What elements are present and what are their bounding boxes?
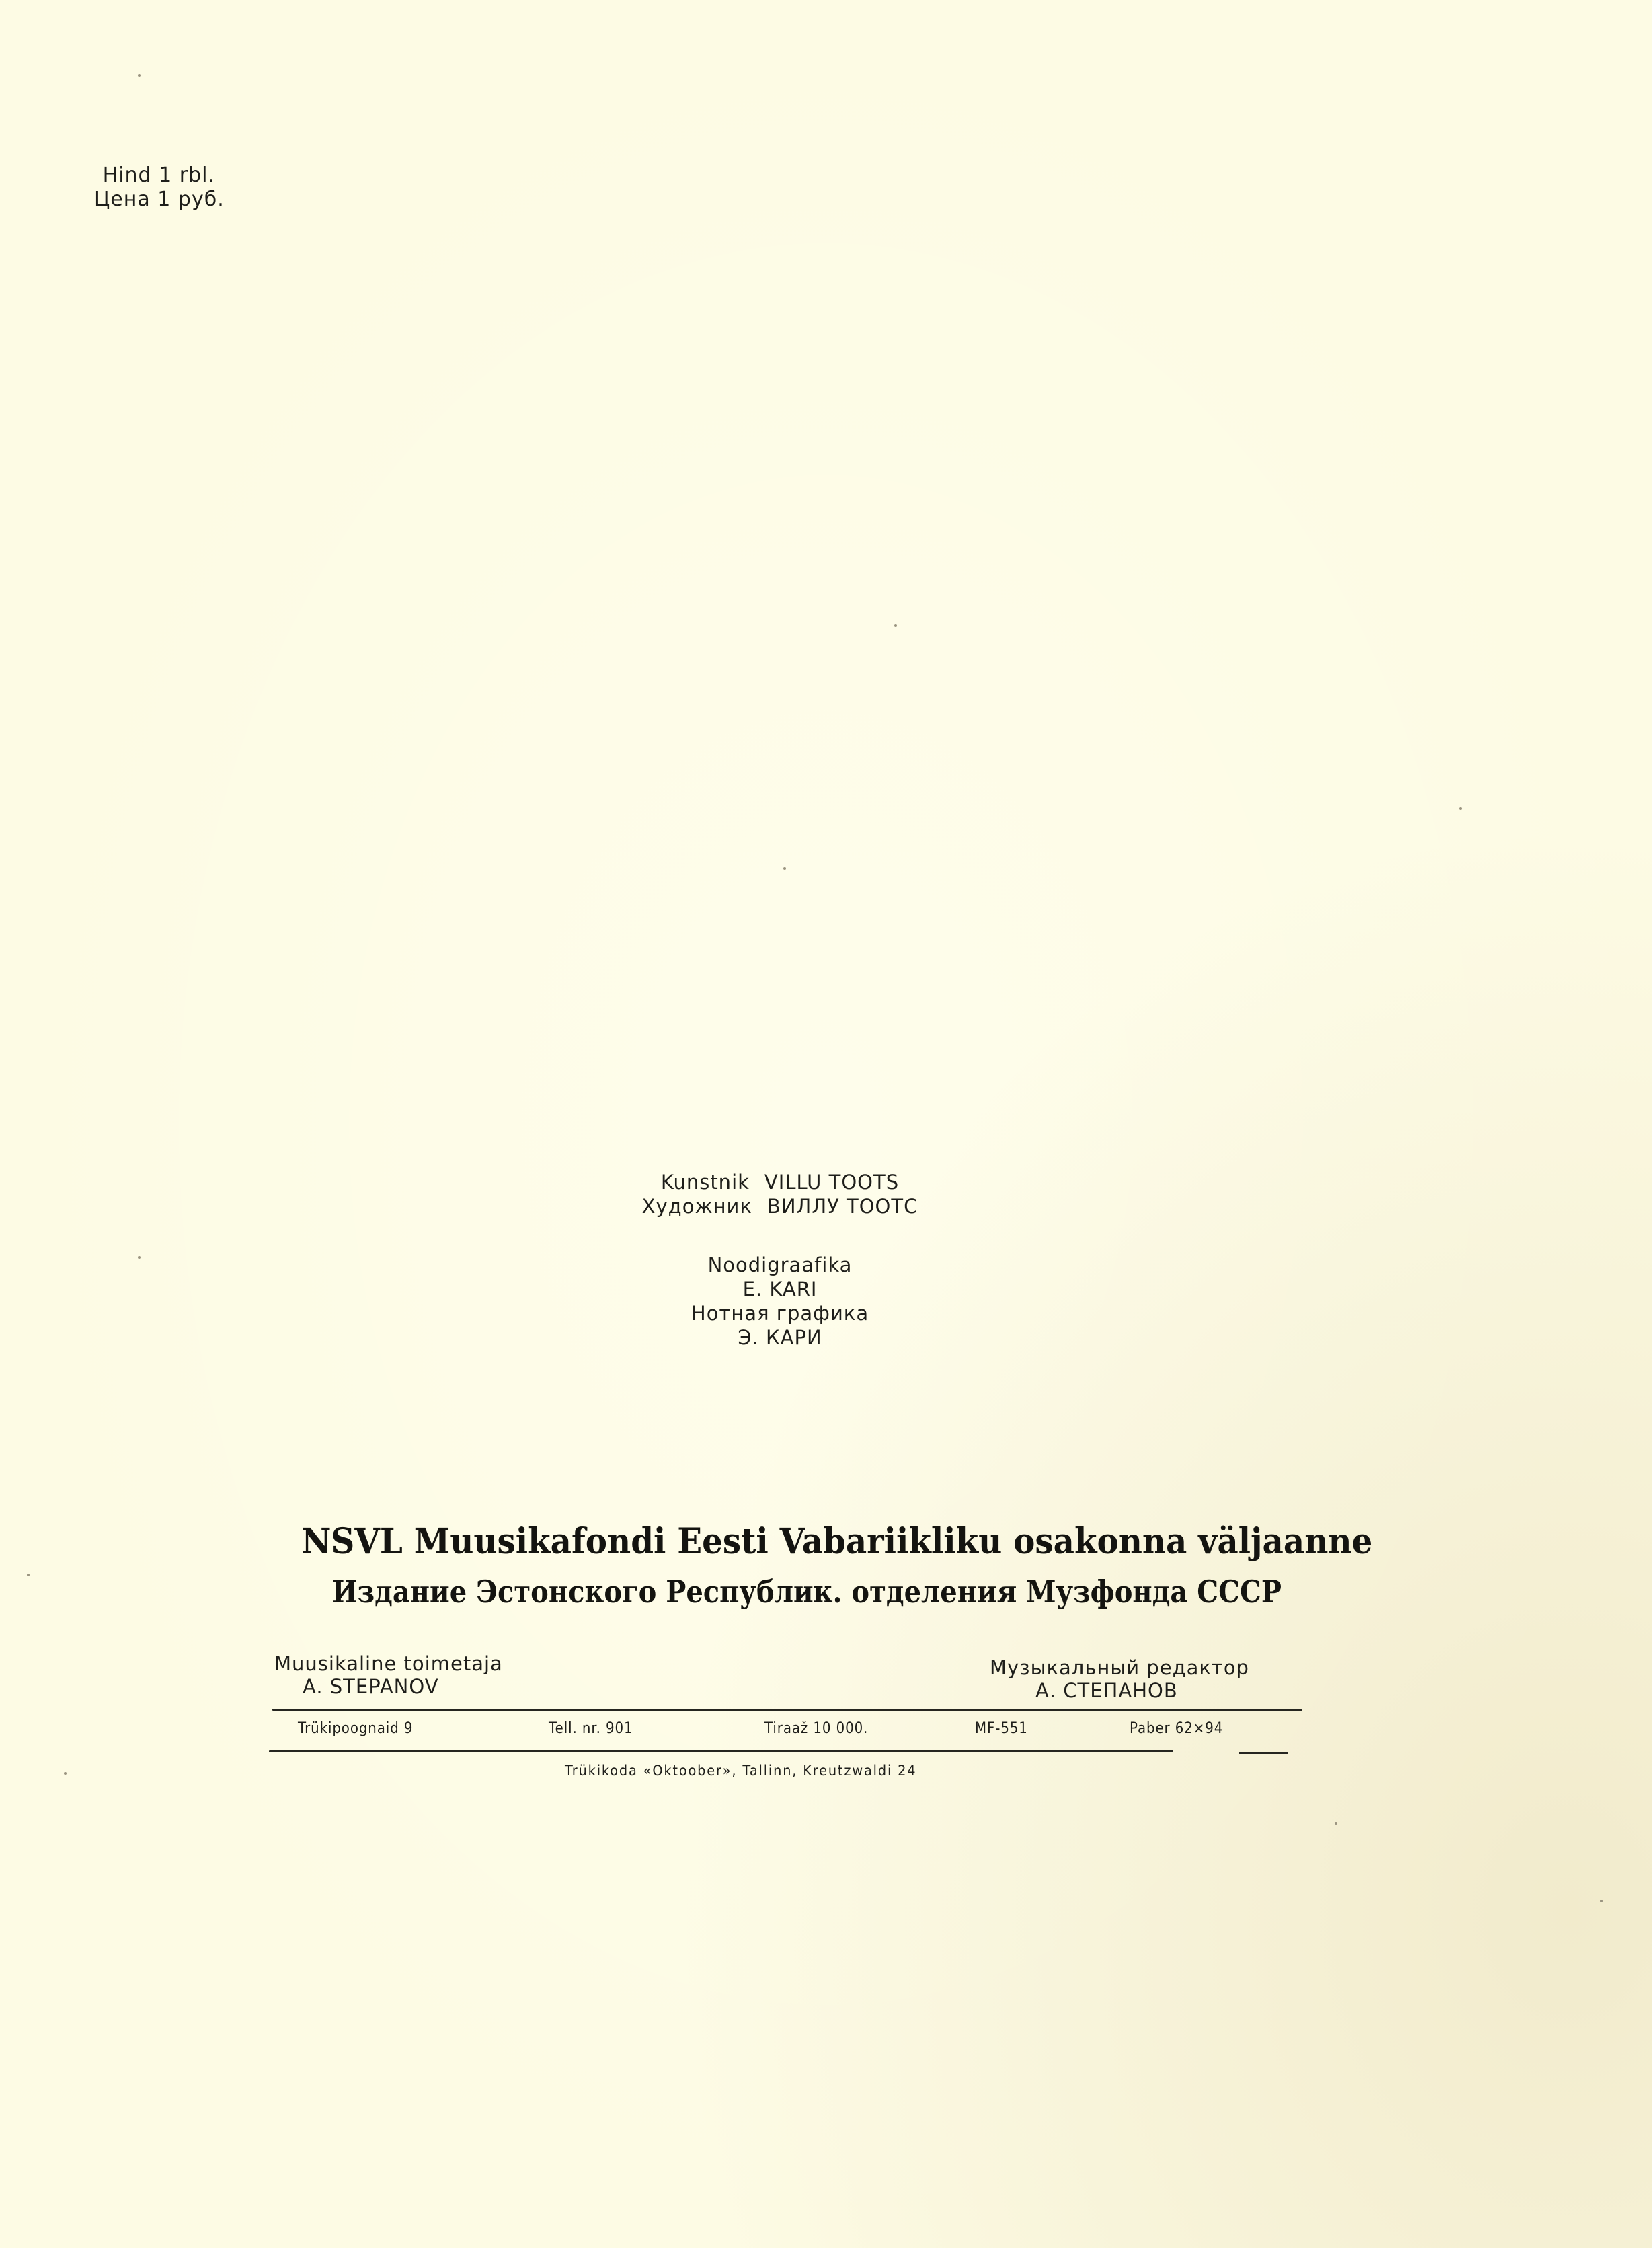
paper-speck <box>1600 1900 1603 1902</box>
editor-name-ru: А. СТЕПАНОВ <box>990 1679 1249 1702</box>
divider-bottom <box>269 1750 1173 1752</box>
imprint-order-number: Tell. nr. 901 <box>549 1720 633 1737</box>
editor-label-et: Muusikaline toimetaja <box>274 1652 503 1675</box>
artist-name-ru: ВИЛЛУ ТООТС <box>767 1195 918 1218</box>
artist-credit: KunstnikVILLU TOOTS ХудожникВИЛЛУ ТООТС <box>605 1170 955 1218</box>
artist-label-et: Kunstnik <box>661 1171 750 1194</box>
imprint-catalog-code: MF-551 <box>975 1720 1028 1737</box>
paper-speck <box>1335 1822 1337 1825</box>
paper-speck <box>64 1772 67 1775</box>
paper-speck <box>138 74 141 77</box>
publisher-russian: Издание Эстонского Республик. отделения … <box>332 1574 1221 1610</box>
imprint-paper-size: Paber 62×94 <box>1130 1720 1223 1737</box>
imprint-print-run: Tiraaž 10 000. <box>764 1720 868 1737</box>
music-editor-russian: Музыкальный редактор А. СТЕПАНОВ <box>990 1656 1249 1702</box>
artist-label-ru: Художник <box>642 1195 752 1218</box>
paper-speck <box>1459 807 1462 810</box>
editor-label-ru: Музыкальный редактор <box>990 1656 1249 1679</box>
price-russian: Цена 1 руб. <box>94 188 215 212</box>
paper-speck <box>894 624 897 627</box>
notation-name-et: E. KARI <box>605 1277 955 1301</box>
editor-name-et: A. STEPANOV <box>274 1675 503 1698</box>
price-estonian: Hind 1 rbl. <box>94 163 215 188</box>
paper-speck <box>138 1256 141 1259</box>
artist-name-et: VILLU TOOTS <box>764 1171 899 1194</box>
notation-name-ru: Э. КАРИ <box>605 1325 955 1350</box>
divider-top <box>272 1709 1302 1711</box>
publisher-estonian: NSVL Muusikafondi Eesti Vabariikliku osa… <box>301 1521 1252 1562</box>
imprint-sheets: Trükipoognaid 9 <box>298 1720 413 1737</box>
price-block: Hind 1 rbl. Цена 1 руб. <box>94 163 215 212</box>
notation-label-ru: Нотная графика <box>605 1301 955 1325</box>
divider-bottom-segment <box>1239 1752 1288 1754</box>
music-editor-estonian: Muusikaline toimetaja A. STEPANOV <box>274 1652 503 1698</box>
printer-line: Trükikoda «Oktoober», Tallinn, Kreutzwal… <box>565 1762 916 1779</box>
notation-label-et: Noodigraafika <box>605 1253 955 1277</box>
notation-credit: Noodigraafika E. KARI Нотная графика Э. … <box>605 1253 955 1350</box>
paper-speck <box>783 867 786 870</box>
paper-speck <box>27 1574 30 1576</box>
